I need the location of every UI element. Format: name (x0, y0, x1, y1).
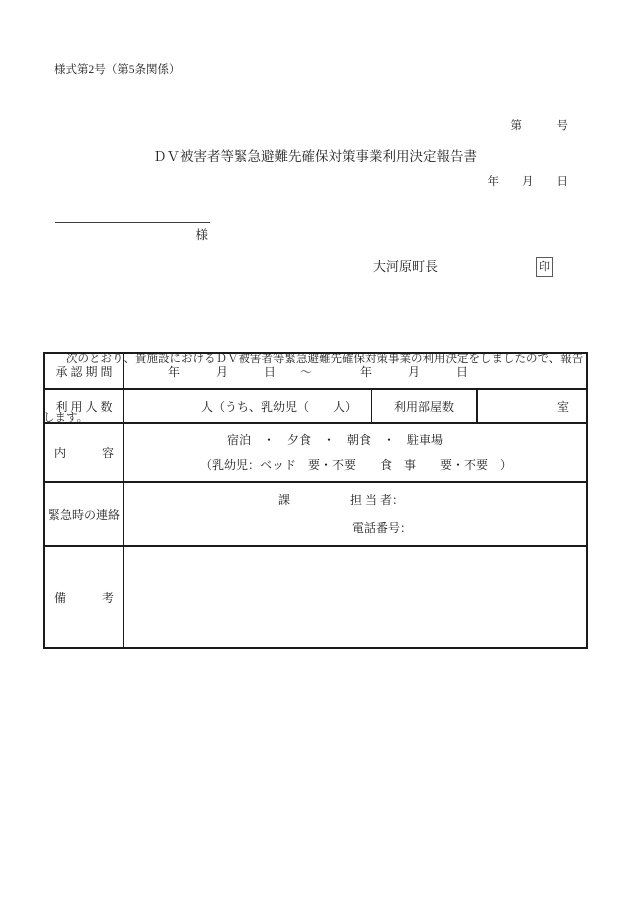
user-count-value: 人（うち、乳幼児（ 人） (124, 390, 372, 422)
contact-person-line: 課 担 当 者： (124, 486, 586, 514)
table-row-remarks: 備 考 (45, 545, 586, 647)
table-row-approval-period: 承 認 期 間 年 月 日 ～ 年 月 日 (45, 354, 586, 388)
remarks-value (124, 547, 586, 647)
form-number: 様式第2号（第5条関係） (54, 63, 181, 77)
doc-number-line: 第 号 (488, 117, 569, 136)
addressee-suffix: 様 (195, 228, 208, 242)
contents-options-line: 宿泊 ・ 夕食 ・ 朝食 ・ 駐車場 (124, 428, 586, 453)
report-table: 承 認 期 間 年 月 日 ～ 年 月 日 利 用 人 数 人（うち、乳幼児（ … (43, 352, 588, 649)
document-page: 様式第2号（第5条関係） 第 号 年 月 日 ＤＶ被害者等緊急避難先確保対策事業… (0, 0, 630, 903)
table-row-contents: 内 容 宿泊 ・ 夕食 ・ 朝食 ・ 駐車場 （乳幼児：ベッド 要・不要 食 事… (45, 422, 586, 481)
table-row-user-count: 利 用 人 数 人（うち、乳幼児（ 人） 利用部屋数 室 (45, 388, 586, 422)
seal-stamp: 印 (536, 257, 553, 277)
approval-period-label: 承 認 期 間 (45, 354, 124, 388)
contents-infant-line: （乳幼児：ベッド 要・不要 食 事 要・不要 ） (124, 453, 586, 478)
remarks-label: 備 考 (45, 547, 124, 647)
table-row-emergency-contact: 緊急時の連絡 課 担 当 者： 電話番号： (45, 481, 586, 545)
sender-name: 大河原町長 (373, 259, 438, 275)
rooms-count-unit: 室 (478, 390, 586, 422)
approval-period-value: 年 月 日 ～ 年 月 日 (124, 354, 586, 388)
contact-phone-line: 電話番号： (124, 514, 586, 542)
user-count-label: 利 用 人 数 (45, 390, 124, 422)
contents-label: 内 容 (45, 424, 124, 481)
date-line: 年 月 日 (488, 173, 569, 192)
document-title: ＤＶ被害者等緊急避難先確保対策事業利用決定報告書 (0, 147, 630, 167)
contents-value: 宿泊 ・ 夕食 ・ 朝食 ・ 駐車場 （乳幼児：ベッド 要・不要 食 事 要・不… (124, 424, 586, 481)
emergency-contact-label: 緊急時の連絡 (45, 483, 124, 545)
addressee-blank-line: 様 (55, 199, 210, 223)
emergency-contact-value: 課 担 当 者： 電話番号： (124, 483, 586, 545)
rooms-count-label: 利用部屋数 (372, 390, 478, 422)
